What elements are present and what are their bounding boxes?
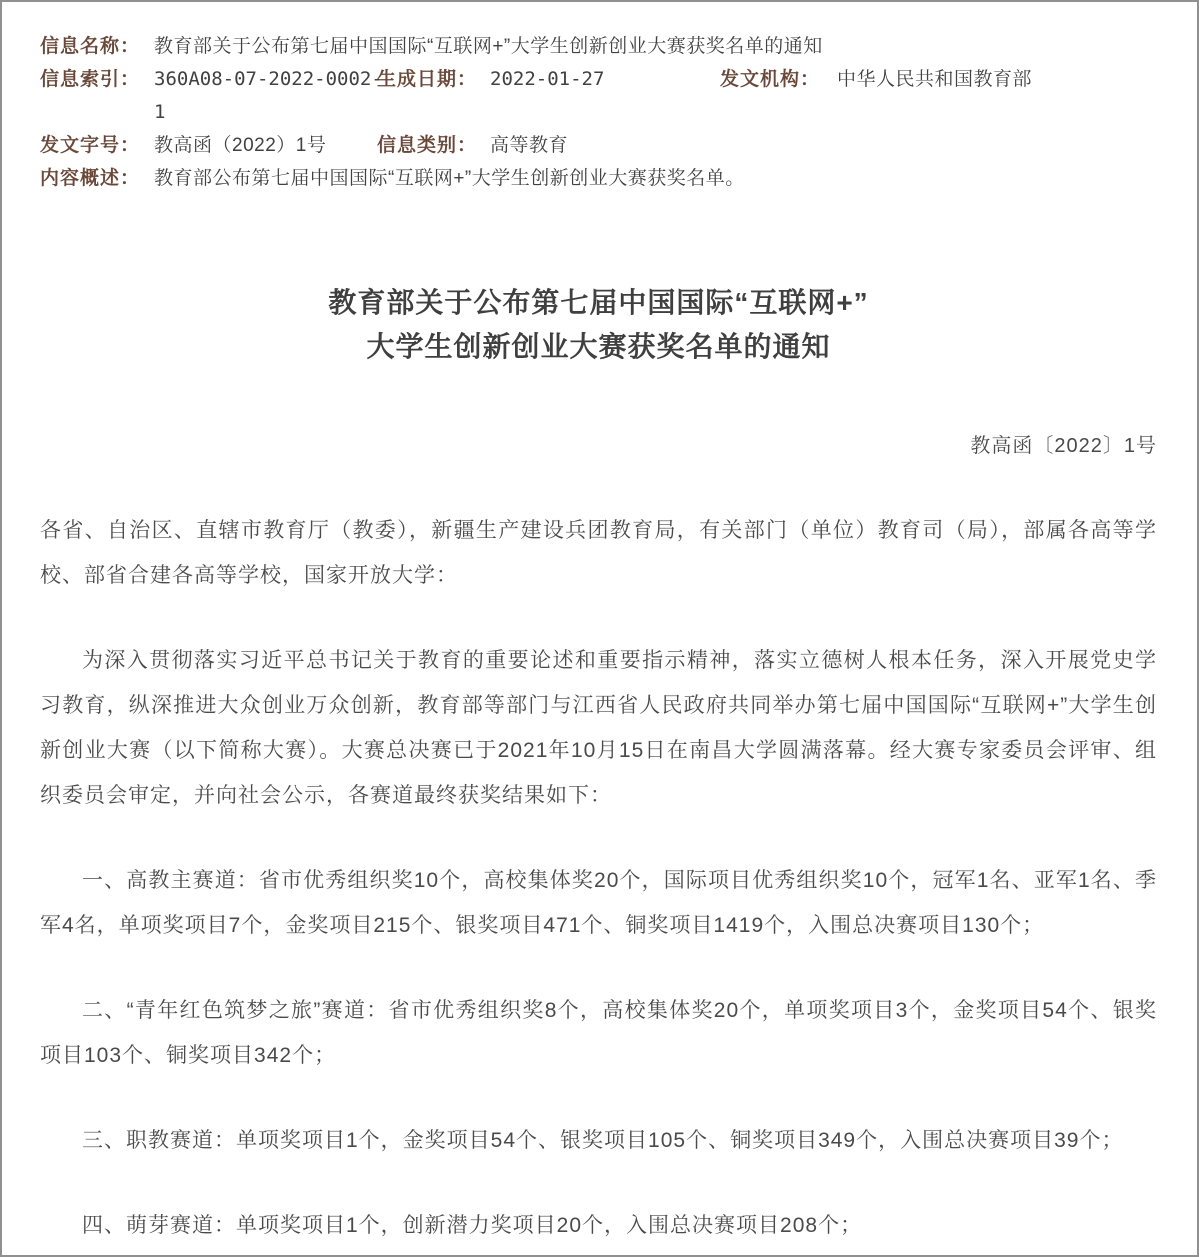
paragraph-intro: 为深入贯彻落实习近平总书记关于教育的重要论述和重要指示精神，落实立德树人根本任务…: [40, 638, 1157, 818]
info-category-value: 高等教育: [490, 129, 568, 162]
summary-label: 内容概述：: [40, 162, 140, 195]
document-title-line2: 大学生创新创业大赛获奖名单的通知: [40, 325, 1157, 369]
metadata-row-info-name: 信息名称： 教育部关于公布第七届中国国际“互联网+”大学生创新创业大赛获奖名单的…: [40, 30, 1157, 63]
metadata-section: 信息名称： 教育部关于公布第七届中国国际“互联网+”大学生创新创业大赛获奖名单的…: [40, 30, 1157, 195]
info-index-label: 信息索引：: [40, 63, 140, 96]
document-title: 教育部关于公布第七届中国国际“互联网+” 大学生创新创业大赛获奖名单的通知: [40, 281, 1157, 369]
document-page: 信息名称： 教育部关于公布第七届中国国际“互联网+”大学生创新创业大赛获奖名单的…: [0, 0, 1199, 1257]
info-name-value: 教育部关于公布第七届中国国际“互联网+”大学生创新创业大赛获奖名单的通知: [154, 30, 823, 63]
paragraph-track-4: 四、萌芽赛道：单项奖项目1个，创新潜力奖项目20个，入围总决赛项目208个；: [40, 1203, 1157, 1248]
info-index-value-wrap: 1: [154, 96, 165, 129]
document-ref-number: 教高函〔2022〕1号: [40, 429, 1157, 458]
paragraph-addressees: 各省、自治区、直辖市教育厅（教委），新疆生产建设兵团教育局，有关部门（单位）教育…: [40, 508, 1157, 598]
issuing-org-value: 中华人民共和国教育部: [837, 63, 1032, 96]
paragraph-track-2: 二、“青年红色筑梦之旅”赛道：省市优秀组织奖8个，高校集体奖20个，单项奖项目3…: [40, 988, 1157, 1078]
doc-number-value: 教高函（2022）1号: [154, 129, 326, 162]
paragraph-track-3: 三、职教赛道：单项奖项目1个，金奖项目54个、银奖项目105个、铜奖项目349个…: [40, 1118, 1157, 1163]
document-content: 信息名称： 教育部关于公布第七届中国国际“互联网+”大学生创新创业大赛获奖名单的…: [2, 2, 1197, 1248]
metadata-row-index-date-org: 信息索引： 360A08-07-2022-0002- 生成日期： 2022-01…: [40, 63, 1157, 96]
doc-number-label: 发文字号：: [40, 129, 140, 162]
metadata-row-index-continuation: 1: [40, 96, 1157, 129]
info-index-value: 360A08-07-2022-0002-: [154, 63, 383, 96]
issuing-org-label: 发文机构：: [720, 63, 820, 96]
metadata-row-docnum-category: 发文字号： 教高函（2022）1号 信息类别： 高等教育: [40, 129, 1157, 162]
metadata-row-summary: 内容概述： 教育部公布第七届中国国际“互联网+”大学生创新创业大赛获奖名单。: [40, 162, 1157, 195]
document-body: 各省、自治区、直辖市教育厅（教委），新疆生产建设兵团教育局，有关部门（单位）教育…: [40, 508, 1157, 1248]
document-title-line1: 教育部关于公布第七届中国国际“互联网+”: [40, 281, 1157, 325]
paragraph-track-1: 一、高教主赛道：省市优秀组织奖10个，高校集体奖20个，国际项目优秀组织奖10个…: [40, 858, 1157, 948]
gen-date-label: 生成日期：: [377, 63, 477, 96]
summary-value: 教育部公布第七届中国国际“互联网+”大学生创新创业大赛获奖名单。: [154, 162, 745, 195]
info-name-label: 信息名称：: [40, 30, 140, 63]
info-category-label: 信息类别：: [377, 129, 477, 162]
gen-date-value: 2022-01-27: [490, 63, 604, 96]
